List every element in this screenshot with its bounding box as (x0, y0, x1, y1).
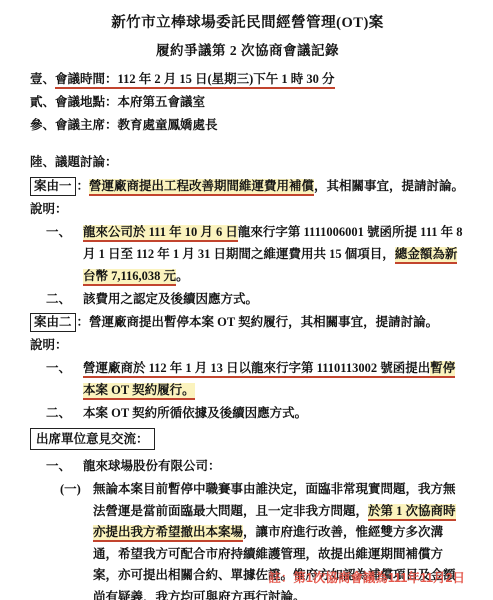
meeting-place-item: 貳、會議地點：本府第五會議室 (30, 91, 465, 114)
case2-item2-number: 二、 (46, 402, 83, 424)
case2-label-box: 案由二 (30, 313, 76, 332)
document-page: 新竹市立棒球場委託民間經營管理(OT)案 履約爭議第 2 次協商會議記錄 壹、會… (0, 0, 493, 600)
meeting-meta: 壹、會議時間：112 年 2 月 15 日(星期三)下午 1 時 30 分 貳、… (30, 68, 465, 137)
section-gap (30, 137, 465, 151)
case1-item2-text: 該費用之認定及後續因應方式。 (83, 288, 465, 310)
case2-item1: 一、 營運廠商於 112 年 1 月 13 日以龍來行字第 1110113002… (46, 357, 465, 401)
meeting-time-number: 壹、 (30, 72, 55, 86)
document-subtitle: 履約爭議第 2 次協商會議記錄 (30, 40, 465, 62)
case1-item1-end: 。 (176, 269, 189, 283)
case1-label-box: 案由一 (30, 177, 76, 196)
exchange-org1-number: 一、 (46, 455, 83, 477)
case1-item1-text: 龍來公司於 111 年 10 月 6 日龍來行字第 1111006001 號函所… (83, 221, 465, 287)
exchange-heading-box: 出席單位意見交流： (30, 428, 155, 450)
case1-item1-number: 一、 (46, 221, 83, 287)
meeting-time-text: 會議時間：112 年 2 月 15 日(星期三)下午 1 時 30 分 (55, 72, 335, 89)
case2-item2: 二、 本案 OT 契約所循依據及後續因應方式。 (46, 402, 465, 424)
case2-separator: ： (77, 315, 90, 329)
case2-row: 案由二：營運廠商提出暫停本案 OT 契約履行，其相關事宜，提請討論。 (30, 311, 465, 334)
case1-item2-number: 二、 (46, 288, 83, 310)
meeting-chair-text: 會議主席：教育處童鳳嬌處長 (55, 118, 218, 132)
case1-topic-highlight: 營運廠商提出工程改善期間維運費用補償 (89, 179, 314, 196)
case2-explain-label: 說明： (30, 334, 465, 356)
meeting-place-number: 貳、 (30, 95, 55, 109)
case1-row: 案由一：營運廠商提出工程改善期間維運費用補償，其相關事宜，提請討論。 (30, 175, 465, 198)
case2-item1-number: 一、 (46, 357, 83, 401)
case1-topic-rest: ，其相關事宜，提請討論。 (314, 179, 464, 193)
case2-item1-text: 營運廠商於 112 年 1 月 13 日以龍來行字第 1110113002 號函… (83, 357, 465, 401)
footnote-annotation: 註：第1次協商會議為111年11月2日 (268, 568, 465, 586)
topics-heading: 陸、議題討論： (30, 151, 465, 174)
meeting-chair-number: 參、 (30, 118, 55, 132)
case1-explain-label: 說明： (30, 198, 465, 220)
exchange-org1-name: 龍來球場股份有限公司： (83, 455, 465, 477)
case2-topic: 營運廠商提出暫停本案 OT 契約履行，其相關事宜，提請討論。 (89, 315, 438, 329)
date-highlight: 龍來公司於 111 年 10 月 6 日 (83, 225, 238, 242)
document-title: 新竹市立棒球場委託民間經營管理(OT)案 (30, 12, 465, 34)
case1-item2: 二、 該費用之認定及後續因應方式。 (46, 288, 465, 310)
case1-separator: ： (77, 179, 90, 193)
exchange-org1: 一、 龍來球場股份有限公司： (46, 455, 465, 477)
exchange-paragraph1-number: (一) (60, 479, 93, 600)
meeting-chair-item: 參、會議主席：教育處童鳳嬌處長 (30, 114, 465, 137)
meeting-time-item: 壹、會議時間：112 年 2 月 15 日(星期三)下午 1 時 30 分 (30, 68, 465, 91)
suspend-underline: 營運廠商於 112 年 1 月 13 日以龍來行字第 1110113002 號函… (83, 361, 430, 378)
exchange-heading-row: 出席單位意見交流： (30, 424, 465, 450)
case1-item1: 一、 龍來公司於 111 年 10 月 6 日龍來行字第 1111006001 … (46, 221, 465, 287)
case2-item2-text: 本案 OT 契約所循依據及後續因應方式。 (83, 402, 465, 424)
meeting-place-text: 會議地點：本府第五會議室 (55, 95, 205, 109)
